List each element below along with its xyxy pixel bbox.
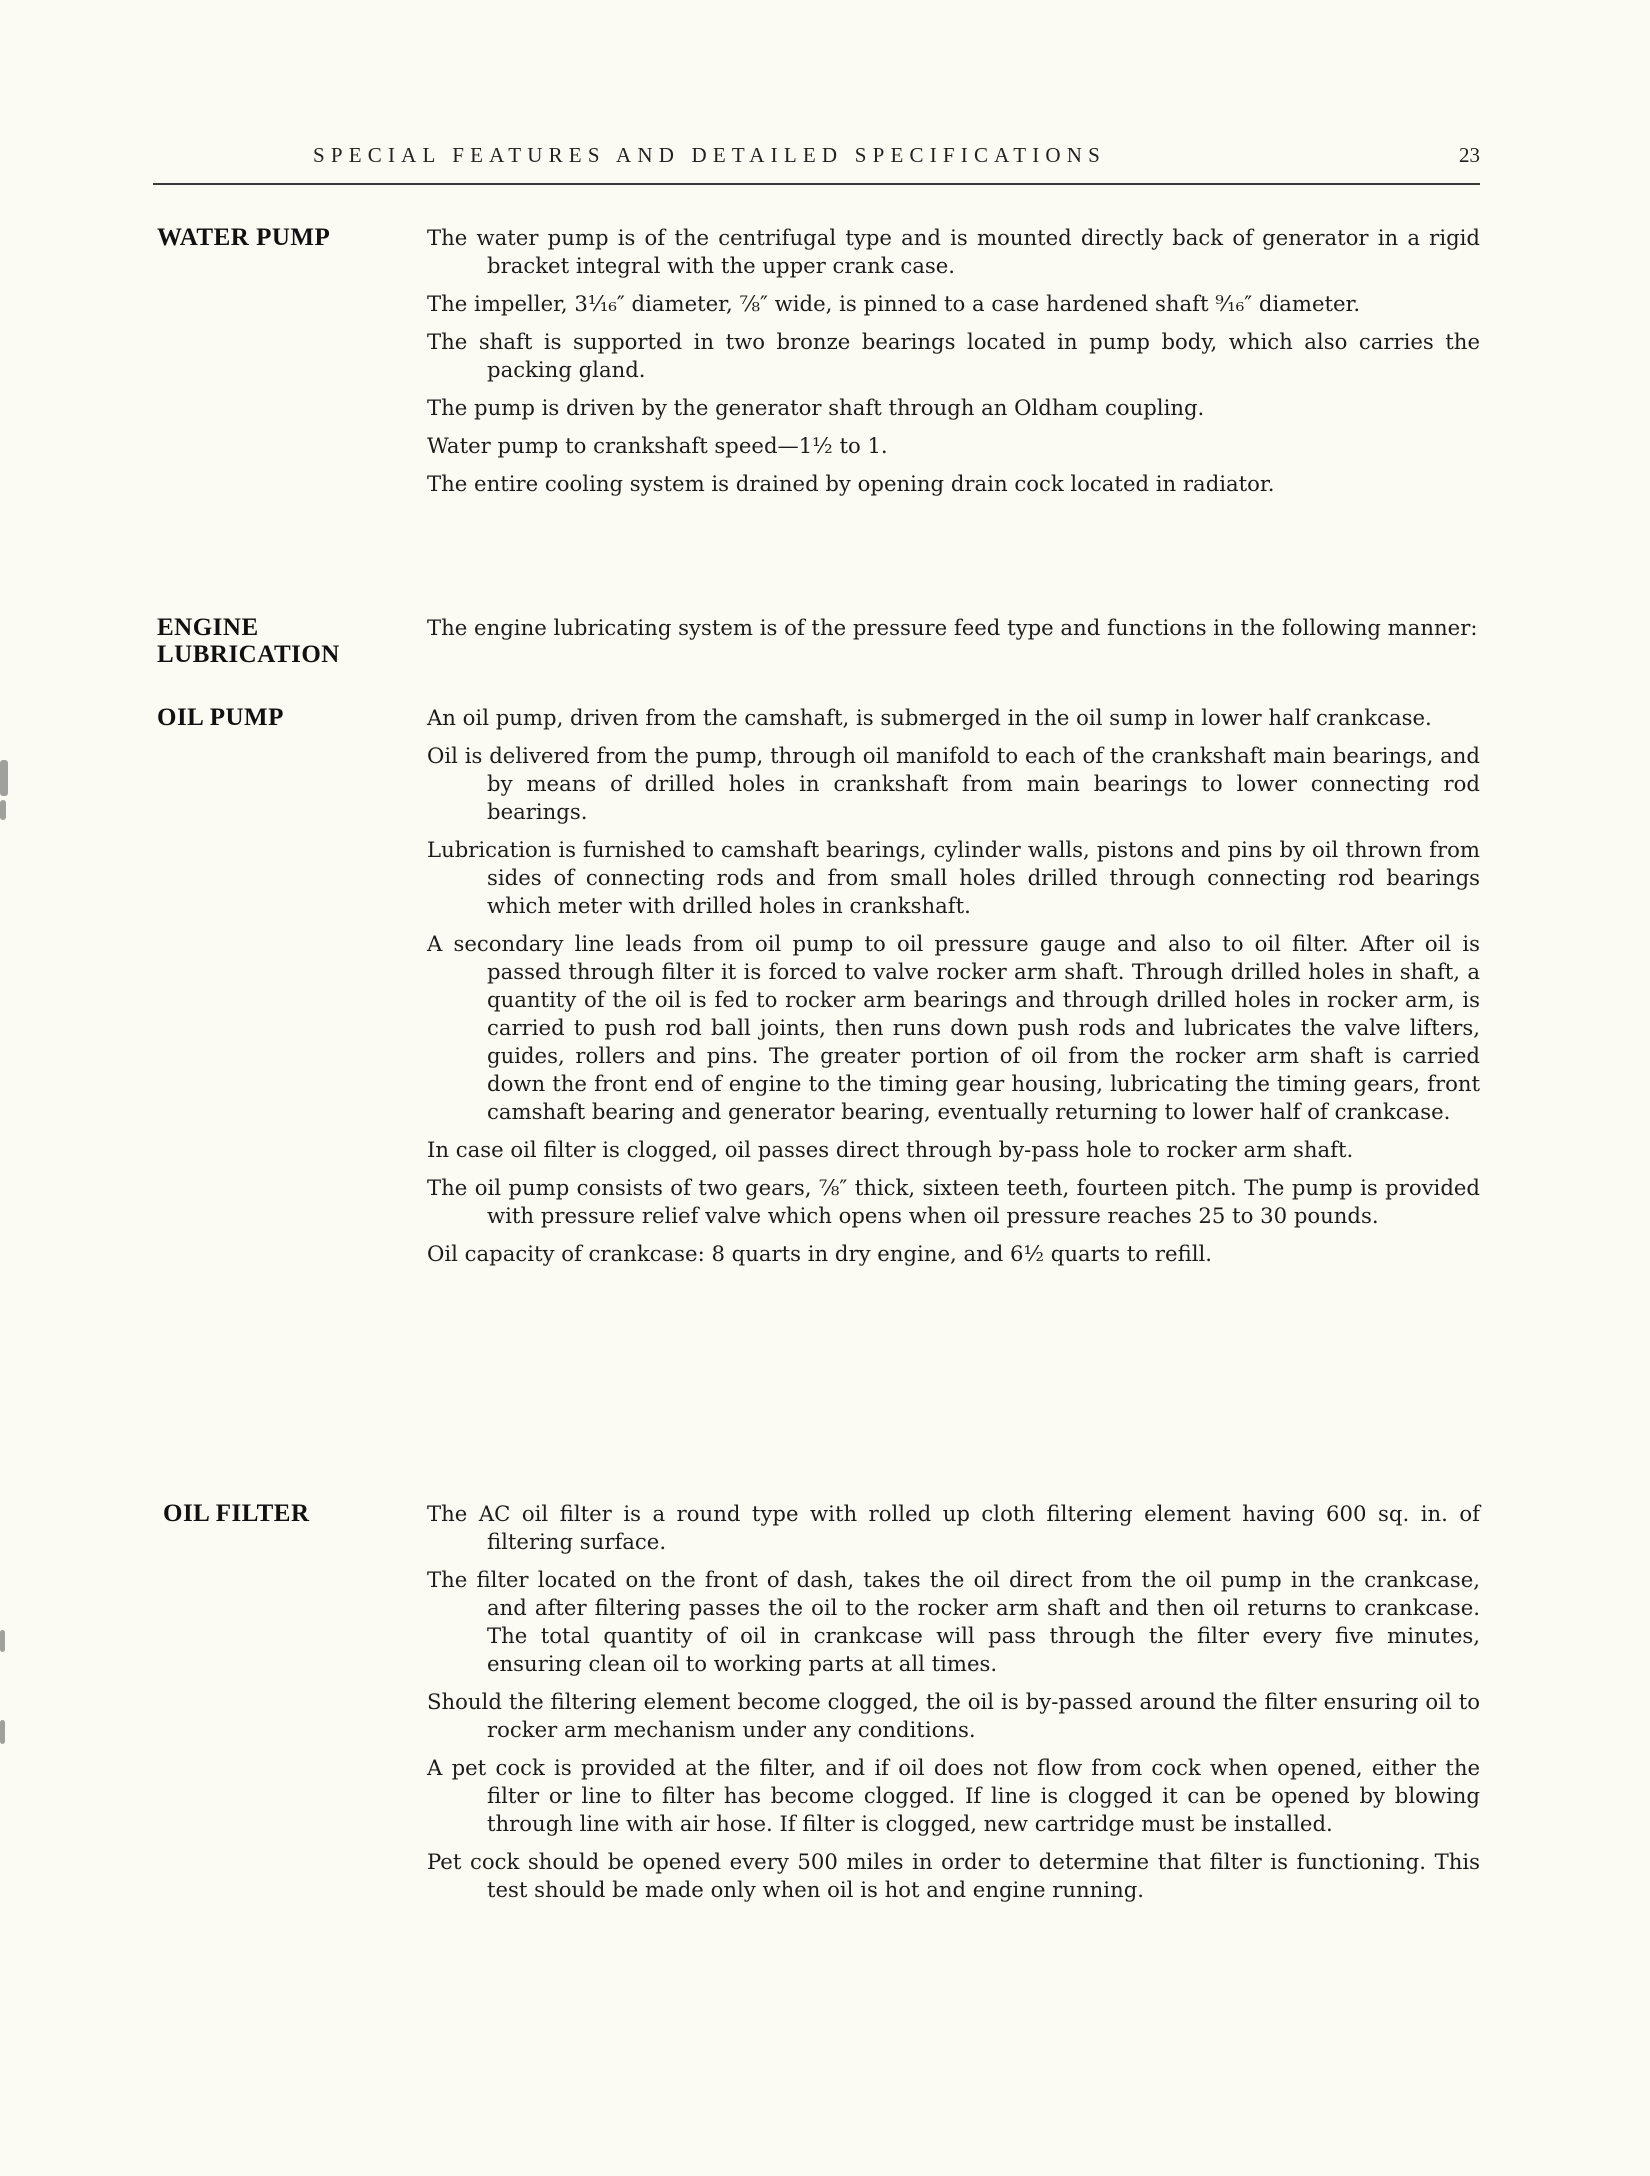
paragraph: Water pump to crankshaft speed—1½ to 1. — [427, 432, 1480, 460]
paragraph: Lubrication is furnished to camshaft bea… — [427, 836, 1480, 920]
paragraph: A pet cock is provided at the filter, an… — [427, 1754, 1480, 1838]
paragraph: The filter located on the front of dash,… — [427, 1566, 1480, 1678]
paragraph: The oil pump consists of two gears, ⅞″ t… — [427, 1174, 1480, 1230]
paragraph: An oil pump, driven from the camshaft, i… — [427, 704, 1480, 732]
section-heading: WATER PUMP — [157, 224, 407, 251]
paragraph: The pump is driven by the generator shaf… — [427, 394, 1480, 422]
section-heading: OIL FILTER — [163, 1500, 413, 1527]
scan-smudge — [0, 760, 8, 796]
scan-smudge — [0, 800, 6, 820]
paragraph: The AC oil filter is a round type with r… — [427, 1500, 1480, 1556]
paragraph: Oil capacity of crankcase: 8 quarts in d… — [427, 1240, 1480, 1268]
header-rule — [153, 183, 1480, 185]
paragraph: The shaft is supported in two bronze bea… — [427, 328, 1480, 384]
scan-smudge — [0, 1630, 5, 1652]
section-heading: OIL PUMP — [157, 704, 407, 731]
paragraph: Should the filtering element become clog… — [427, 1688, 1480, 1744]
paragraph: The engine lubricating system is of the … — [427, 614, 1480, 642]
paragraph: The water pump is of the centrifugal typ… — [427, 224, 1480, 280]
paragraph: A secondary line leads from oil pump to … — [427, 930, 1480, 1126]
section-body: The AC oil filter is a round type with r… — [427, 1500, 1480, 1914]
page-number: 23 — [1459, 140, 1480, 170]
paragraph: The entire cooling system is drained by … — [427, 470, 1480, 498]
paragraph: Pet cock should be opened every 500 mile… — [427, 1848, 1480, 1904]
section-heading: ENGINE LUBRICATION — [157, 614, 377, 668]
running-title: SPECIAL FEATURES AND DETAILED SPECIFICAT… — [313, 140, 1106, 170]
page-header: SPECIAL FEATURES AND DETAILED SPECIFICAT… — [153, 140, 1480, 170]
paragraph: In case oil filter is clogged, oil passe… — [427, 1136, 1480, 1164]
paragraph: Oil is delivered from the pump, through … — [427, 742, 1480, 826]
section-body: The engine lubricating system is of the … — [427, 614, 1480, 652]
section-body: An oil pump, driven from the camshaft, i… — [427, 704, 1480, 1278]
scan-smudge — [0, 1720, 5, 1744]
paragraph: The impeller, 3¹⁄₁₆″ diameter, ⅞″ wide, … — [427, 290, 1480, 318]
section-body: The water pump is of the centrifugal typ… — [427, 224, 1480, 508]
